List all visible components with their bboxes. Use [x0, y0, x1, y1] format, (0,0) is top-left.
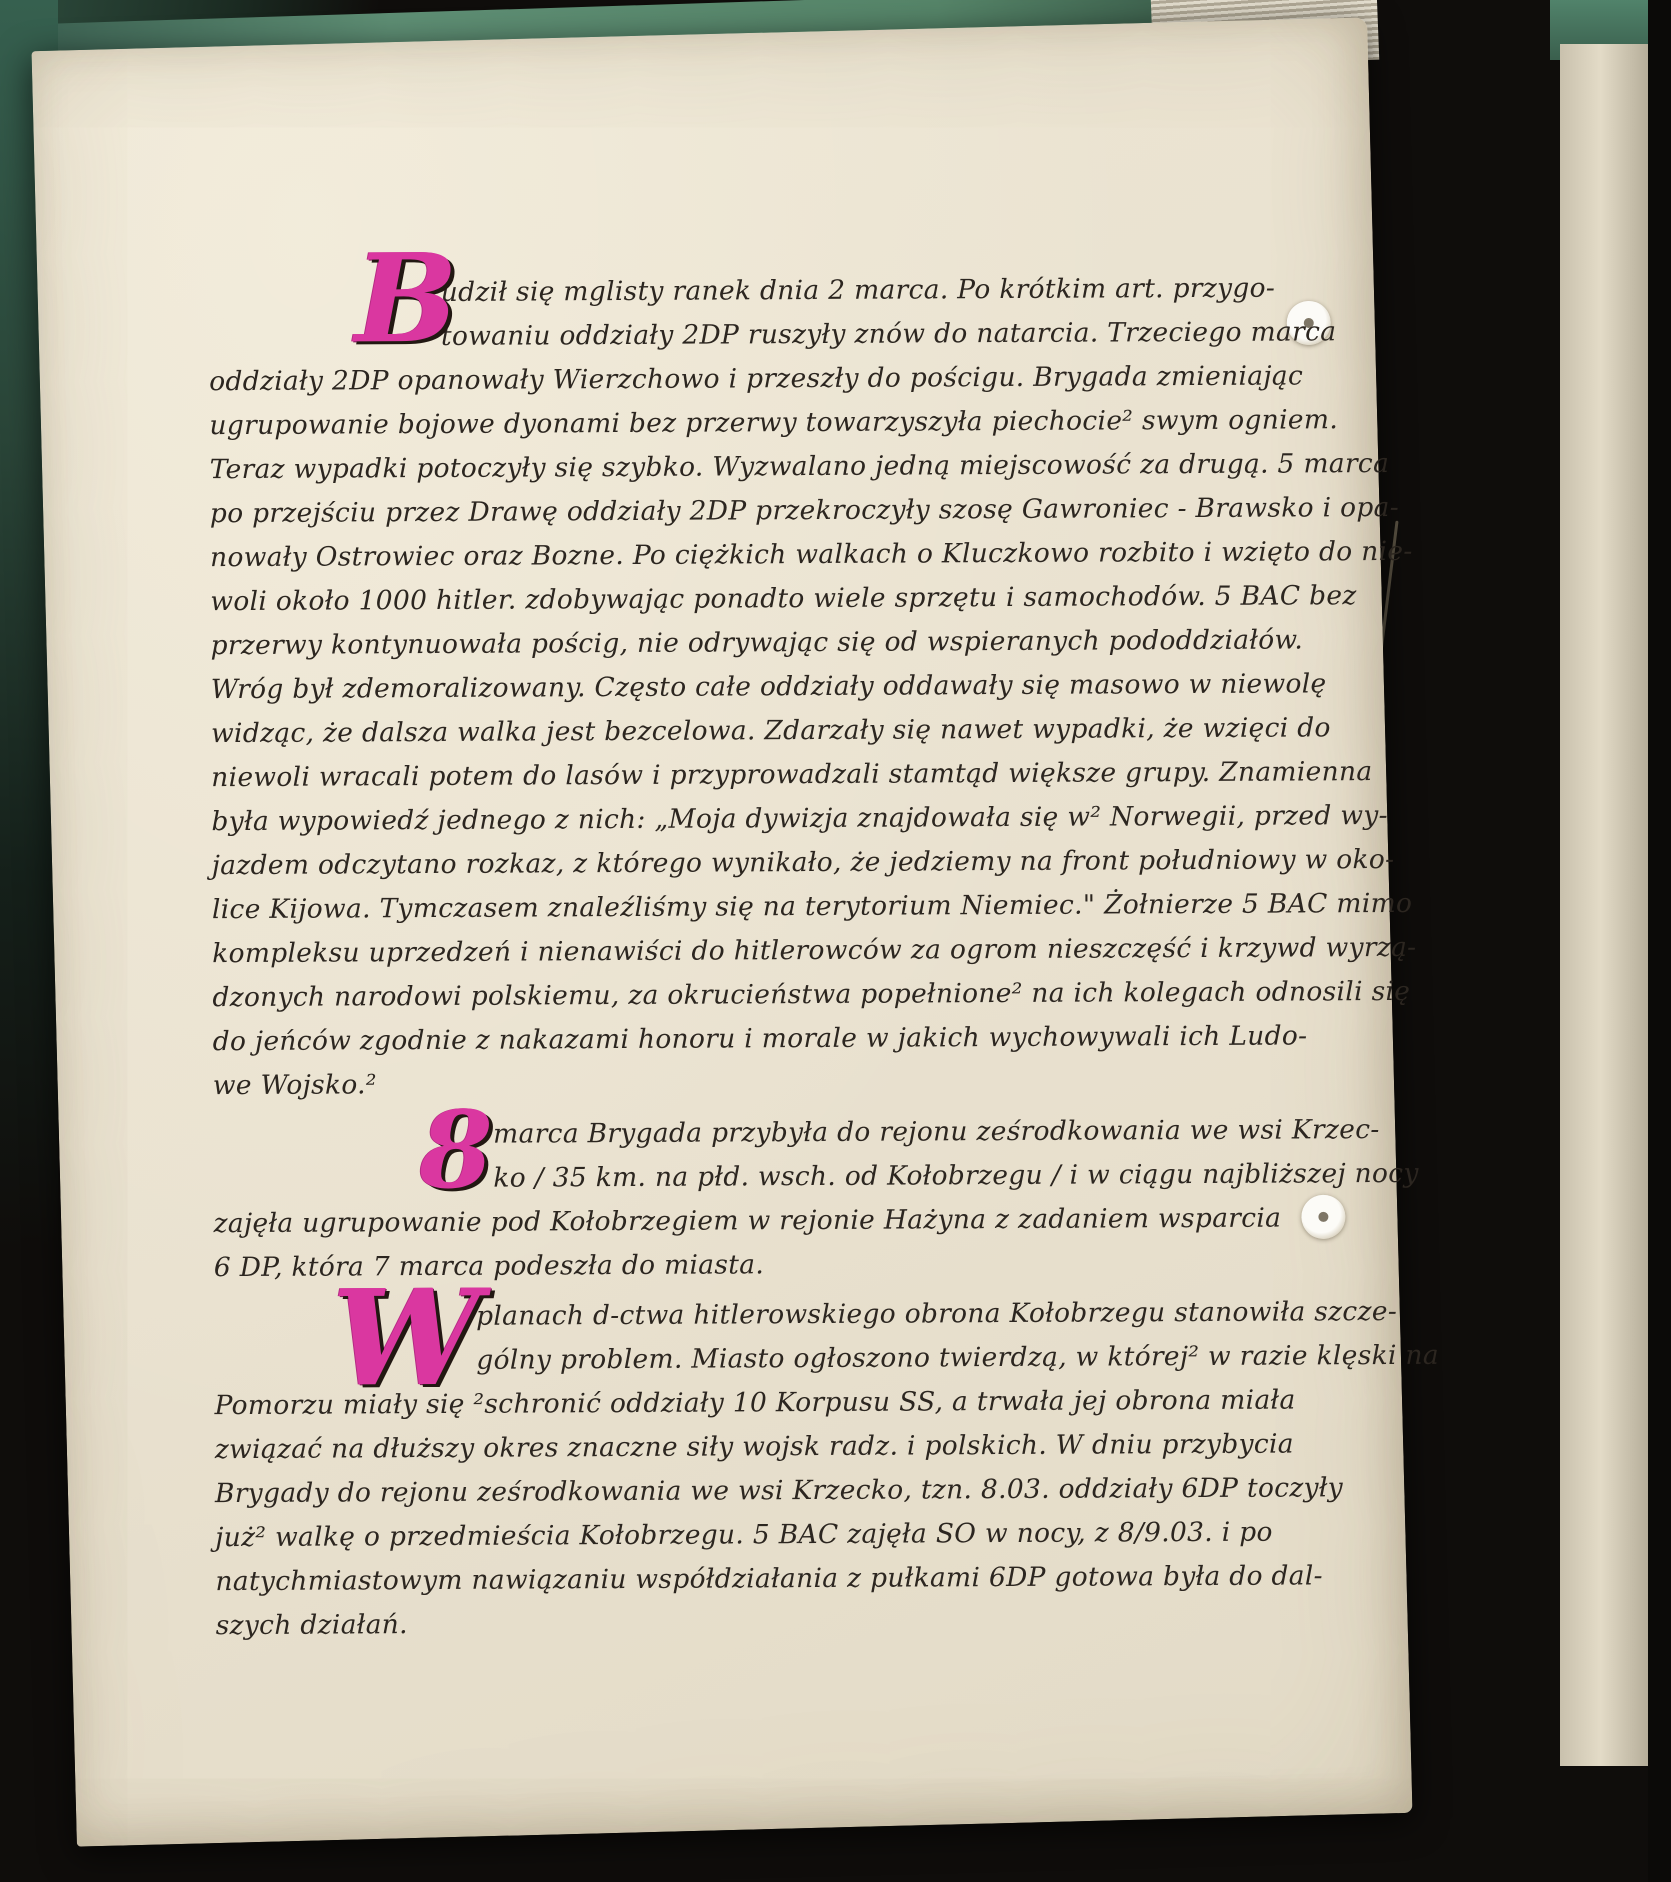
drop-cap-B: B: [354, 237, 458, 360]
handwritten-text: B udził się mglisty ranek dnia 2 marca. …: [39, 38, 1383, 1649]
handwritten-line: Wróg był zdemoralizowany. Często całe od…: [211, 662, 1321, 712]
handwritten-line: była wypowiedź jednego z nich: „Moja dyw…: [211, 794, 1321, 844]
handwritten-line: ko / 35 km. na płd. wsch. od Kołobrzegu …: [213, 1152, 1323, 1202]
photographed-book-scene: B udził się mglisty ranek dnia 2 marca. …: [0, 0, 1671, 1882]
photo-right-shadow: [1648, 0, 1671, 1882]
handwritten-line: po przejściu przez Drawę oddziały 2DP pr…: [210, 486, 1320, 536]
drop-cap-W: W: [332, 1273, 481, 1406]
drop-cap-8: 8: [419, 1097, 494, 1203]
paragraph-3: W planach d-ctwa hitlerowskiego obrona K…: [214, 1290, 1326, 1648]
handwritten-line: już² walkę o przedmieścia Kołobrzegu. 5 …: [215, 1510, 1325, 1560]
handwritten-line: szych działań.: [216, 1598, 1326, 1648]
handwritten-line: zajęła ugrupowanie pod Kołobrzegiem w re…: [213, 1196, 1323, 1246]
handwritten-line: związać na dłuższy okres znaczne siły wo…: [215, 1422, 1325, 1472]
manuscript-page: B udził się mglisty ranek dnia 2 marca. …: [31, 17, 1412, 1846]
handwritten-line: nowały Ostrowiec oraz Bozne. Po ciężkich…: [210, 530, 1320, 580]
handwritten-line: Teraz wypadki potoczyły się szybko. Wyzw…: [210, 442, 1320, 492]
handwritten-line: niewoli wracali potem do lasów i przypro…: [211, 750, 1321, 800]
handwritten-line: dzonych narodowi polskiemu, za okrucieńs…: [212, 970, 1322, 1020]
handwritten-line: lice Kijowa. Tymczasem znaleźliśmy się n…: [212, 882, 1322, 932]
handwritten-line: przerwy kontynuowała pościg, nie odrywaj…: [210, 618, 1320, 668]
paragraph-1: B udził się mglisty ranek dnia 2 marca. …: [209, 266, 1323, 1108]
handwritten-line: marca Brygada przybyła do rejonu ześrodk…: [213, 1108, 1323, 1158]
handwritten-line: we Wojsko.²: [213, 1058, 1323, 1108]
handwritten-line: Brygady do rejonu ześrodkowania we wsi K…: [215, 1466, 1325, 1516]
handwritten-line: jazdem odczytano rozkaz, z którego wynik…: [212, 838, 1322, 888]
handwritten-line: widząc, że dalsza walka jest bezcelowa. …: [211, 706, 1321, 756]
handwritten-line: natychmiastowym nawiązaniu współdziałani…: [215, 1554, 1325, 1604]
handwritten-line: ugrupowanie bojowe dyonami bez przerwy t…: [209, 398, 1319, 448]
handwritten-line: woli około 1000 hitler. zdobywając ponad…: [210, 574, 1320, 624]
handwritten-line: do jeńców zgodnie z nakazami honoru i mo…: [213, 1014, 1323, 1064]
facing-page-edge: [1560, 44, 1650, 1766]
handwritten-line: kompleksu uprzedzeń i nienawiści do hitl…: [212, 926, 1322, 976]
